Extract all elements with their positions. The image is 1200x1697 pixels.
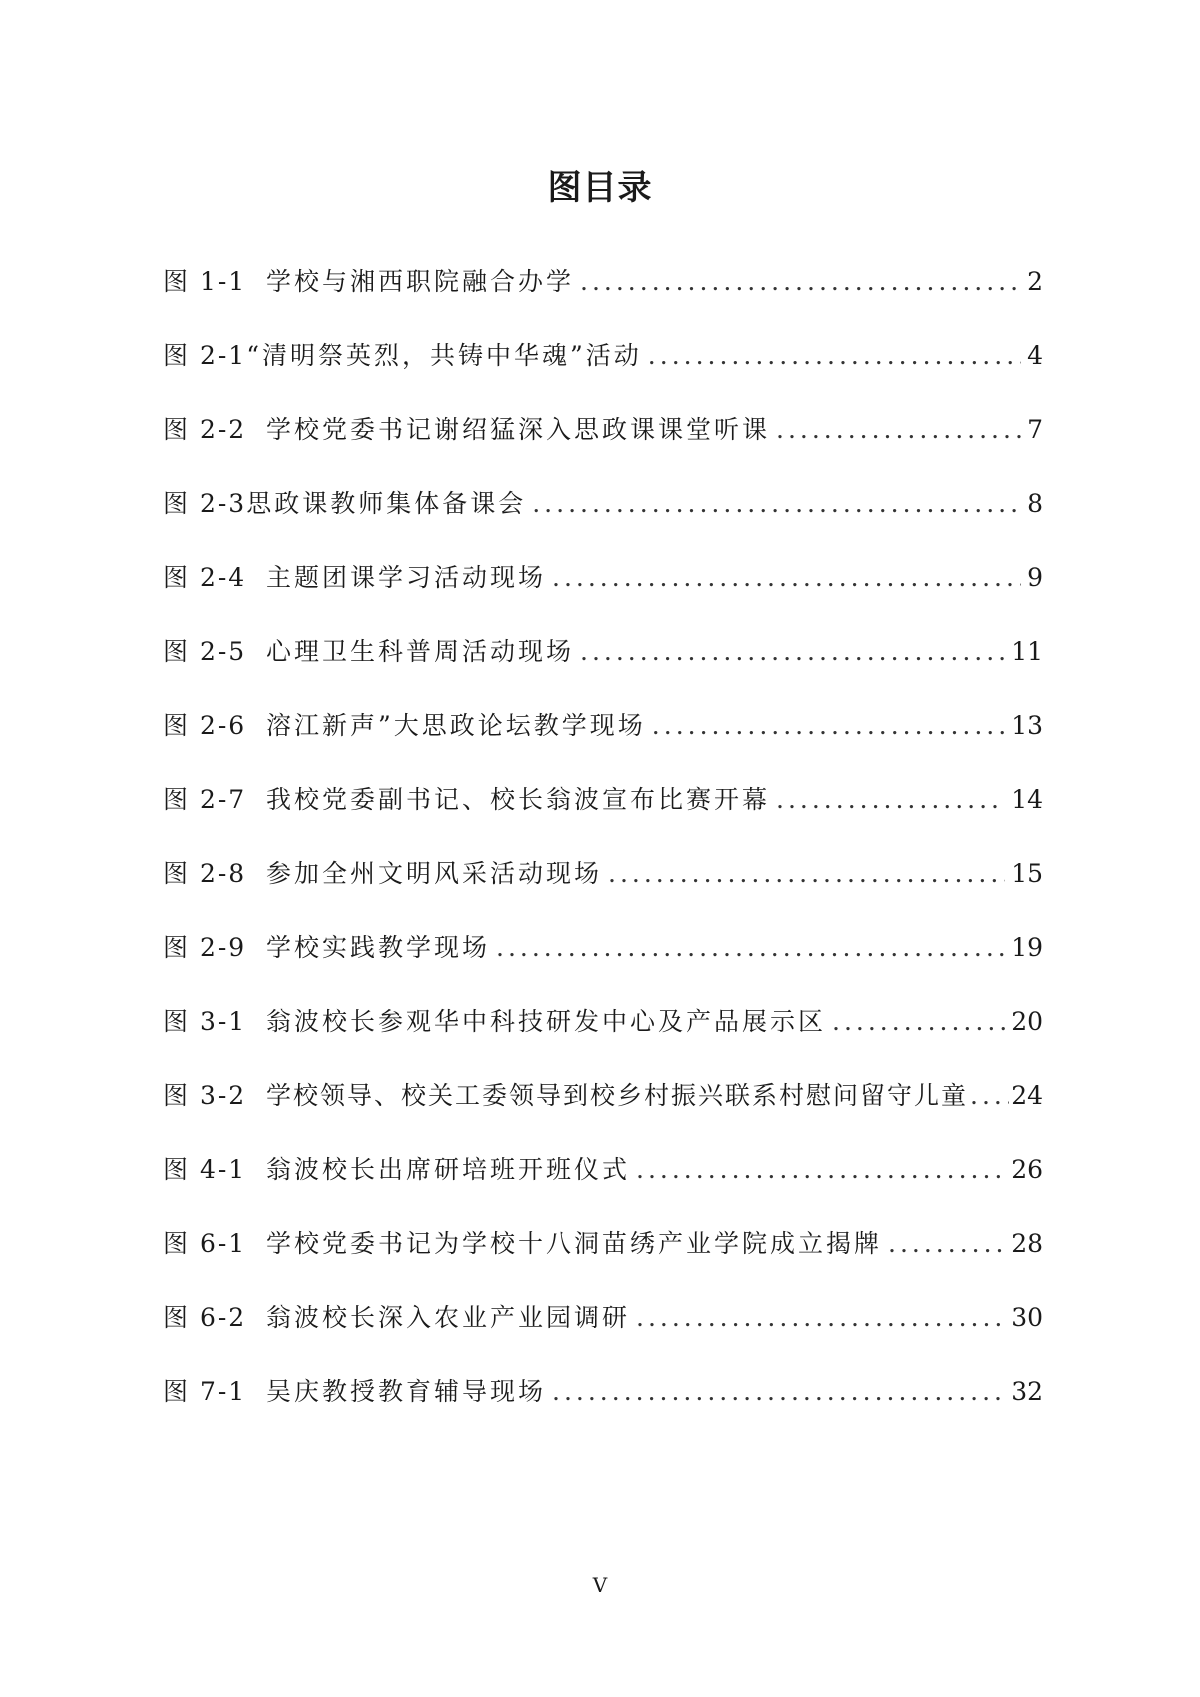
figure-number: 图 7-1 [163, 1372, 266, 1408]
toc-entry[interactable]: 图 2-5心理卫生科普周活动现场11 [163, 632, 1043, 706]
figure-number: 图 4-1 [163, 1150, 266, 1186]
page-ref: 9 [1027, 563, 1043, 592]
figure-number: 图 3-1 [163, 1002, 266, 1038]
figure-caption: 学校党委书记为学校十八洞苗绣产业学院成立揭牌 [266, 1224, 882, 1260]
dot-leader [580, 267, 1021, 296]
dot-leader [532, 489, 1021, 518]
toc-entry[interactable]: 图 4-1翁波校长出席研培班开班仪式26 [163, 1150, 1043, 1224]
page-ref: 30 [1011, 1303, 1043, 1332]
toc-entry[interactable]: 图 1-1学校与湘西职院融合办学2 [163, 262, 1043, 336]
figure-number: 图 2-9 [163, 928, 266, 964]
toc-entry[interactable]: 图 2-4主题团课学习活动现场9 [163, 558, 1043, 632]
toc-entry[interactable]: 图 2-3思政课教师集体备课会8 [163, 484, 1043, 558]
figure-number: 图 2-6 [163, 706, 266, 742]
page-ref: 24 [1011, 1081, 1043, 1110]
figure-caption: 思政课教师集体备课会 [246, 484, 526, 520]
toc-entry[interactable]: 图 6-2翁波校长深入农业产业园调研30 [163, 1298, 1043, 1372]
page-ref: 11 [1011, 637, 1043, 666]
dot-leader [648, 341, 1021, 370]
page-ref: 14 [1011, 785, 1043, 814]
page-ref: 20 [1011, 1007, 1043, 1036]
dot-leader [552, 1377, 1005, 1406]
dot-leader [608, 859, 1005, 888]
figure-number: 图 6-2 [163, 1298, 266, 1334]
dot-leader [832, 1007, 1005, 1036]
figure-number: 图 2-1 [163, 336, 246, 372]
page-ref: 8 [1027, 489, 1043, 518]
page-ref: 32 [1011, 1377, 1043, 1406]
figure-number: 图 3-2 [163, 1076, 266, 1112]
dot-leader [636, 1155, 1005, 1184]
figure-number: 图 2-4 [163, 558, 266, 594]
toc-entry[interactable]: 图 3-1翁波校长参观华中科技研发中心及产品展示区20 [163, 1002, 1043, 1076]
dot-leader [636, 1303, 1005, 1332]
page-ref: 2 [1027, 267, 1043, 296]
page-ref: 4 [1027, 341, 1043, 370]
figure-caption: 溶江新声”大思政论坛教学现场 [266, 706, 646, 742]
toc-entry[interactable]: 图 2-7我校党委副书记、校长翁波宣布比赛开幕14 [163, 780, 1043, 854]
toc-entry[interactable]: 图 2-2学校党委书记谢绍猛深入思政课课堂听课7 [163, 410, 1043, 484]
page-number: V [0, 1573, 1200, 1597]
toc-entry[interactable]: 图 6-1学校党委书记为学校十八洞苗绣产业学院成立揭牌28 [163, 1224, 1043, 1298]
dot-leader [580, 637, 1005, 666]
figure-number: 图 6-1 [163, 1224, 266, 1260]
page-title: 图目录 [0, 160, 1200, 209]
dot-leader [652, 711, 1005, 740]
figure-caption: 吴庆教授教育辅导现场 [266, 1372, 546, 1408]
figure-caption: 学校实践教学现场 [266, 928, 490, 964]
dot-leader [496, 933, 1005, 962]
figure-number: 图 2-8 [163, 854, 266, 890]
figure-caption: “清明祭英烈，共铸中华魂”活动 [246, 336, 642, 372]
figure-number: 图 2-5 [163, 632, 266, 668]
figure-caption: 学校党委书记谢绍猛深入思政课课堂听课 [266, 410, 770, 446]
toc-entry[interactable]: 图 2-9学校实践教学现场19 [163, 928, 1043, 1002]
dot-leader [970, 1081, 1009, 1110]
figure-caption: 参加全州文明风采活动现场 [266, 854, 602, 890]
figure-caption: 翁波校长参观华中科技研发中心及产品展示区 [266, 1002, 826, 1038]
figure-caption: 我校党委副书记、校长翁波宣布比赛开幕 [266, 780, 770, 816]
page-ref: 28 [1011, 1229, 1043, 1258]
figure-number: 图 2-2 [163, 410, 266, 446]
toc-entry[interactable]: 图 2-6溶江新声”大思政论坛教学现场13 [163, 706, 1043, 780]
page-ref: 19 [1011, 933, 1043, 962]
figure-number: 图 2-3 [163, 484, 246, 520]
figure-caption: 主题团课学习活动现场 [266, 558, 546, 594]
figure-caption: 翁波校长出席研培班开班仪式 [266, 1150, 630, 1186]
figure-caption: 学校领导、校关工委领导到校乡村振兴联系村慰问留守儿童 [266, 1076, 968, 1112]
dot-leader [888, 1229, 1005, 1258]
figure-caption: 心理卫生科普周活动现场 [266, 632, 574, 668]
page-ref: 15 [1011, 859, 1043, 888]
figure-list: 图 1-1学校与湘西职院融合办学2 图 2-1“清明祭英烈，共铸中华魂”活动4 … [163, 262, 1043, 1446]
toc-entry[interactable]: 图 7-1吴庆教授教育辅导现场32 [163, 1372, 1043, 1446]
figure-caption: 学校与湘西职院融合办学 [266, 262, 574, 298]
figure-caption: 翁波校长深入农业产业园调研 [266, 1298, 630, 1334]
page-ref: 26 [1011, 1155, 1043, 1184]
dot-leader [776, 415, 1021, 444]
dot-leader [552, 563, 1021, 592]
figure-number: 图 1-1 [163, 262, 266, 298]
dot-leader [776, 785, 1005, 814]
page-ref: 7 [1027, 415, 1043, 444]
figure-number: 图 2-7 [163, 780, 266, 816]
page-ref: 13 [1011, 711, 1043, 740]
toc-entry[interactable]: 图 2-8参加全州文明风采活动现场15 [163, 854, 1043, 928]
toc-entry[interactable]: 图 2-1“清明祭英烈，共铸中华魂”活动4 [163, 336, 1043, 410]
toc-entry[interactable]: 图 3-2学校领导、校关工委领导到校乡村振兴联系村慰问留守儿童24 [163, 1076, 1043, 1150]
